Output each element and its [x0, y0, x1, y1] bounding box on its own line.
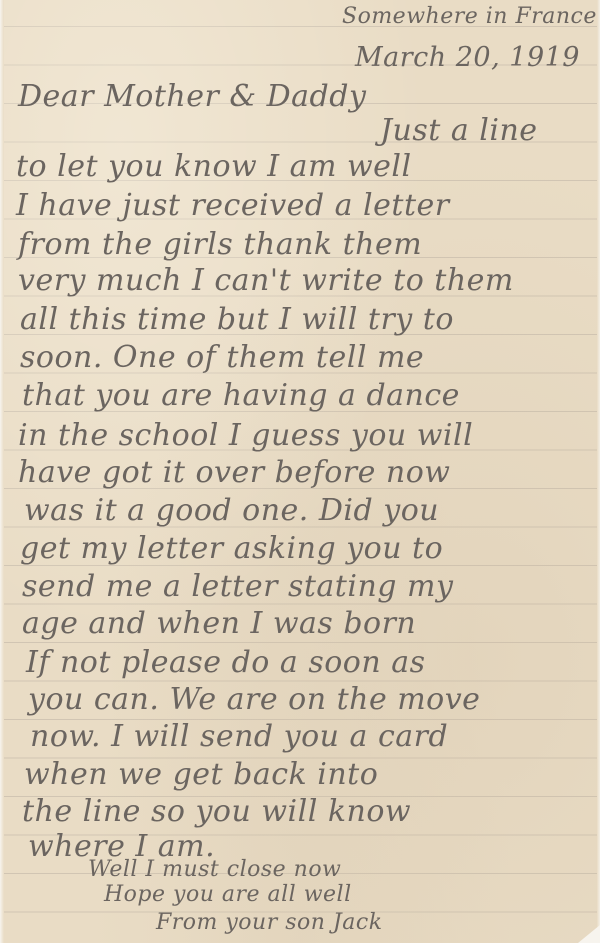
- closing-line: Well I must close now: [88, 859, 341, 881]
- body-line: you can. We are on the move: [28, 685, 480, 715]
- letter-page: Somewhere in France March 20, 1919 Dear …: [0, 0, 600, 943]
- body-line: from the girls thank them: [18, 230, 422, 260]
- body-line: very much I can't write to them: [18, 266, 514, 296]
- heading-place: Somewhere in France: [342, 6, 597, 28]
- body-line: I have just received a letter: [16, 191, 450, 221]
- paper-left-edge: [0, 0, 4, 943]
- body-line: was it a good one. Did you: [24, 496, 439, 526]
- heading-date: March 20, 1919: [355, 44, 580, 71]
- body-line: send me a letter stating my: [22, 572, 453, 602]
- body-line: all this time but I will try to: [20, 305, 454, 335]
- body-line: soon. One of them tell me: [20, 343, 424, 373]
- body-line: Just a line: [380, 116, 538, 146]
- salutation: Dear Mother & Daddy: [18, 82, 366, 112]
- signature: From your son Jack: [156, 912, 383, 934]
- body-line: to let you know I am well: [16, 152, 412, 182]
- body-line: that you are having a dance: [22, 381, 460, 411]
- body-line: get my letter asking you to: [20, 534, 443, 564]
- body-line: have got it over before now: [18, 458, 450, 488]
- body-line: the line so you will know: [22, 797, 411, 827]
- body-line: when we get back into: [24, 760, 378, 790]
- body-line: in the school I guess you will: [18, 421, 473, 451]
- torn-corner: [578, 925, 600, 943]
- body-line: now. I will send you a card: [30, 722, 448, 752]
- closing-line: Hope you are all well: [104, 884, 352, 906]
- body-line: age and when I was born: [22, 609, 416, 639]
- body-line: If not please do a soon as: [26, 648, 425, 678]
